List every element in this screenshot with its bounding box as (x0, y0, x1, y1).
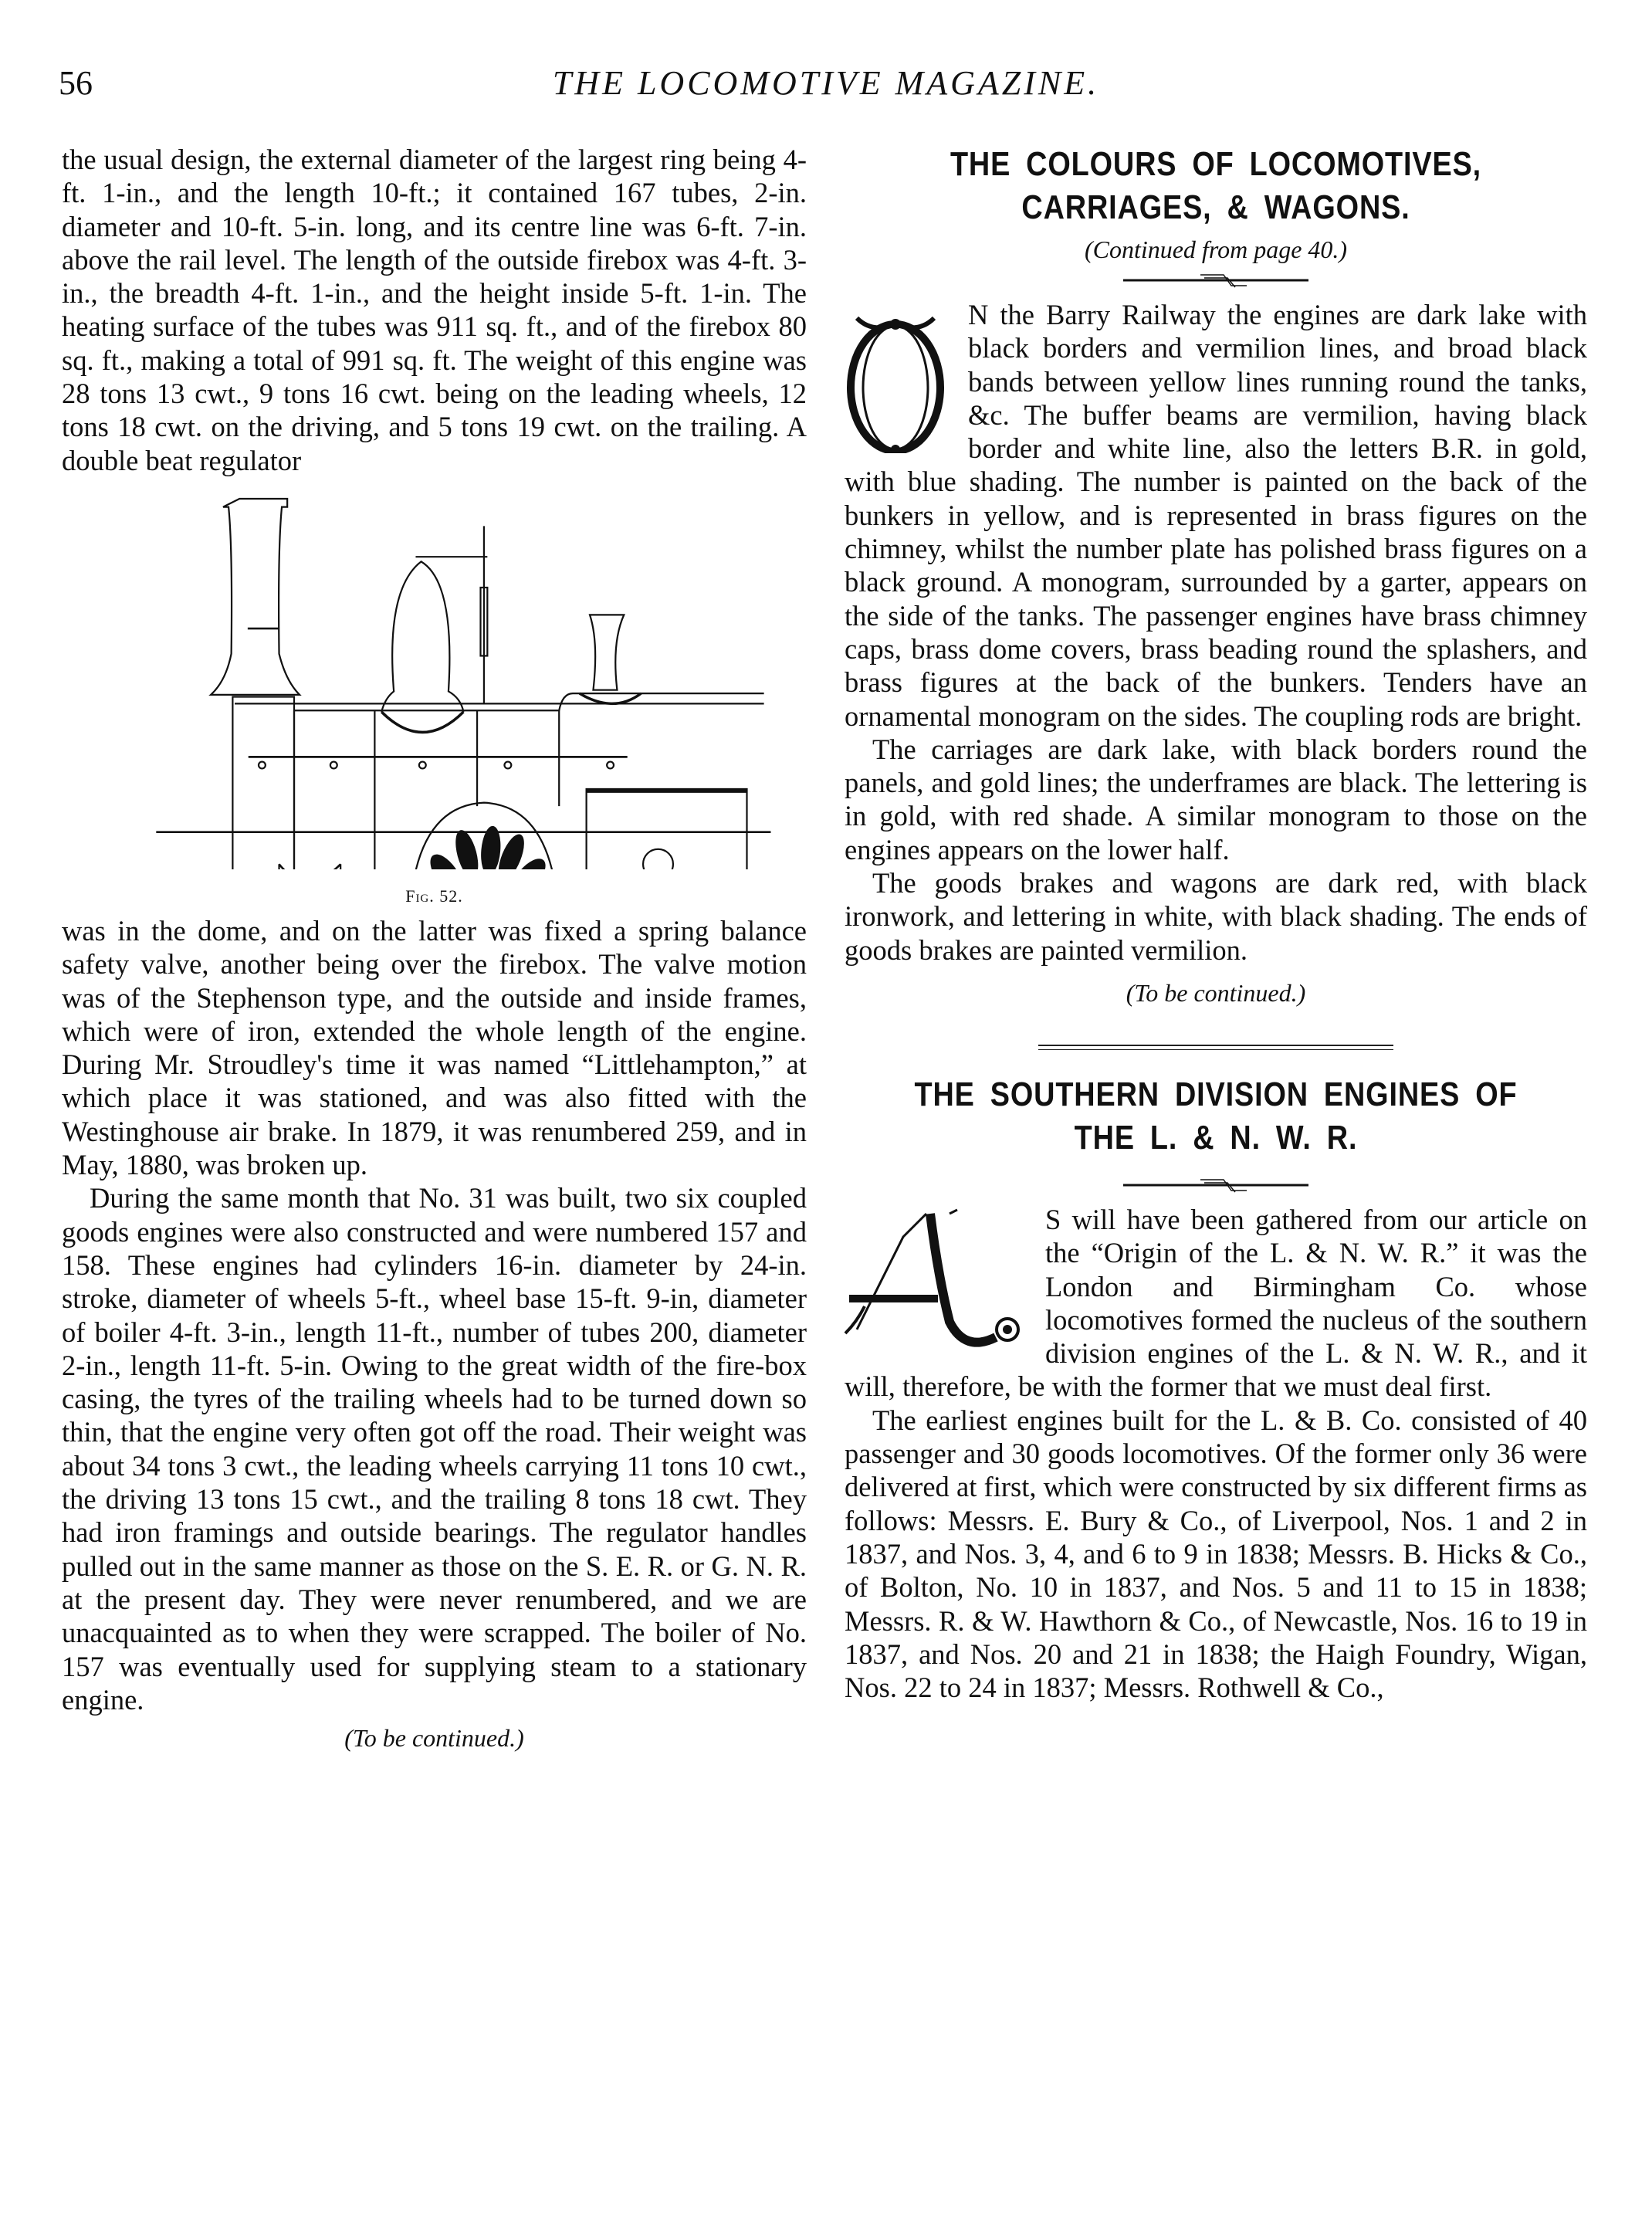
right-column: THE COLOURS OF LOCOMOTIVES, CARRIAGES, &… (845, 143, 1587, 1704)
dropcap-o-icon (841, 303, 957, 457)
ornament-divider-icon (1123, 272, 1308, 289)
left-paragraph-1: the usual design, the external diameter … (62, 143, 807, 477)
article-title-southern-line2: THE L. & N. W. R. (896, 1116, 1535, 1160)
article-colours-body: N the Barry Railway the engines are dark… (845, 298, 1587, 967)
article-southern-body: S will have been gathered from our artic… (845, 1203, 1587, 1704)
article-title-southern-line1: THE SOUTHERN DIVISION ENGINES OF (896, 1073, 1535, 1116)
southern-paragraph-2: The earliest engines built for the L. & … (845, 1404, 1587, 1705)
magazine-title: THE LOCOMOTIVE MAGAZINE. (0, 63, 1652, 103)
section-divider (1038, 1045, 1393, 1050)
to-be-continued-right: (To be continued.) (845, 979, 1587, 1008)
running-head: 56 THE LOCOMOTIVE MAGAZINE. (0, 63, 1652, 117)
figure-caption: Fig. 52. (62, 886, 807, 906)
left-paragraph-3: During the same month that No. 31 was bu… (62, 1181, 807, 1716)
article-subtitle: (Continued from page 40.) (845, 235, 1587, 264)
colours-paragraph-3: The goods brakes and wagons are dark red… (845, 866, 1587, 967)
locomotive-illustration-icon (81, 483, 791, 869)
colours-paragraph-2: The carriages are dark lake, with black … (845, 733, 1587, 866)
to-be-continued-left: (To be continued.) (62, 1724, 807, 1753)
ornament-divider-icon (1123, 1177, 1308, 1194)
left-paragraph-2: was in the dome, and on the latter was f… (62, 914, 807, 1181)
article-title-colours-line2: CARRIAGES, & WAGONS. (896, 186, 1535, 229)
article-title-colours-line1: THE COLOURS OF LOCOMOTIVES, (896, 143, 1535, 186)
dropcap-a-icon (841, 1206, 1034, 1353)
left-column: the usual design, the external diameter … (62, 143, 807, 1753)
locomotive-figure (62, 483, 807, 885)
